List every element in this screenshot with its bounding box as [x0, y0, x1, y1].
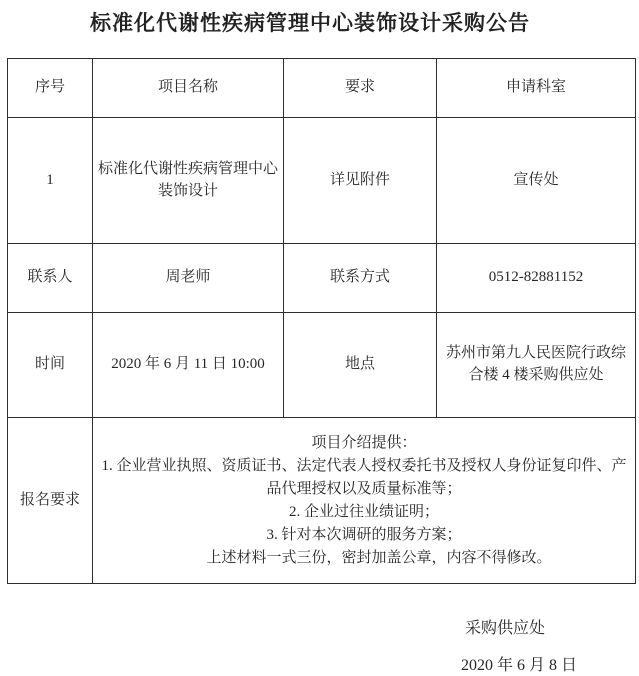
requirements-item-2: 2. 企业过往业绩证明；: [97, 501, 631, 524]
item-row: 1 标准化代谢性疾病管理中心装饰设计 详见附件 宣传处: [8, 118, 636, 244]
cell-item-no: 1: [8, 118, 93, 244]
page-title: 标准化代谢性疾病管理中心装饰设计采购公告: [0, 7, 620, 37]
announcement-page: 标准化代谢性疾病管理中心装饰设计采购公告 序号 项目名称 要求 申请科室 1 标…: [0, 0, 639, 676]
cell-phone-label: 联系方式: [284, 244, 437, 313]
footer-date: 2020 年 6 月 8 日: [0, 652, 639, 675]
cell-location-value: 苏州市第九人民医院行政综合楼 4 楼采购供应处: [437, 313, 636, 418]
cell-requirements-body: 项目介绍提供： 1. 企业营业执照、资质证书、法定代表人授权委托书及授权人身份证…: [93, 418, 636, 584]
time-row: 时间 2020 年 6 月 11 日 10:00 地点 苏州市第九人民医院行政综…: [8, 313, 636, 418]
header-cell-requirement: 要求: [284, 59, 437, 118]
cell-time-label: 时间: [8, 313, 93, 418]
requirements-item-1: 1. 企业营业执照、资质证书、法定代表人授权委托书及授权人身份证复印件、产品代理…: [97, 455, 631, 501]
requirements-note: 上述材料一式三份，密封加盖公章，内容不得修改。: [97, 547, 631, 570]
header-cell-no: 序号: [8, 59, 93, 118]
announcement-table: 序号 项目名称 要求 申请科室 1 标准化代谢性疾病管理中心装饰设计 详见附件 …: [7, 58, 636, 584]
contact-row: 联系人 周老师 联系方式 0512-82881152: [8, 244, 636, 313]
cell-contact-label: 联系人: [8, 244, 93, 313]
cell-project-name: 标准化代谢性疾病管理中心装饰设计: [93, 118, 284, 244]
cell-requirement: 详见附件: [284, 118, 437, 244]
cell-department: 宣传处: [437, 118, 636, 244]
footer-signature: 采购供应处: [0, 615, 639, 638]
table-header-row: 序号 项目名称 要求 申请科室: [8, 59, 636, 118]
requirements-item-3: 3. 针对本次调研的服务方案；: [97, 524, 631, 547]
header-cell-department: 申请科室: [437, 59, 636, 118]
cell-contact-name: 周老师: [93, 244, 284, 313]
requirements-row: 报名要求 项目介绍提供： 1. 企业营业执照、资质证书、法定代表人授权委托书及授…: [8, 418, 636, 584]
cell-requirements-label: 报名要求: [8, 418, 93, 584]
cell-time-value: 2020 年 6 月 11 日 10:00: [93, 313, 284, 418]
header-cell-project: 项目名称: [93, 59, 284, 118]
cell-location-label: 地点: [284, 313, 437, 418]
requirements-intro: 项目介绍提供：: [97, 432, 631, 455]
cell-phone-number: 0512-82881152: [437, 244, 636, 313]
